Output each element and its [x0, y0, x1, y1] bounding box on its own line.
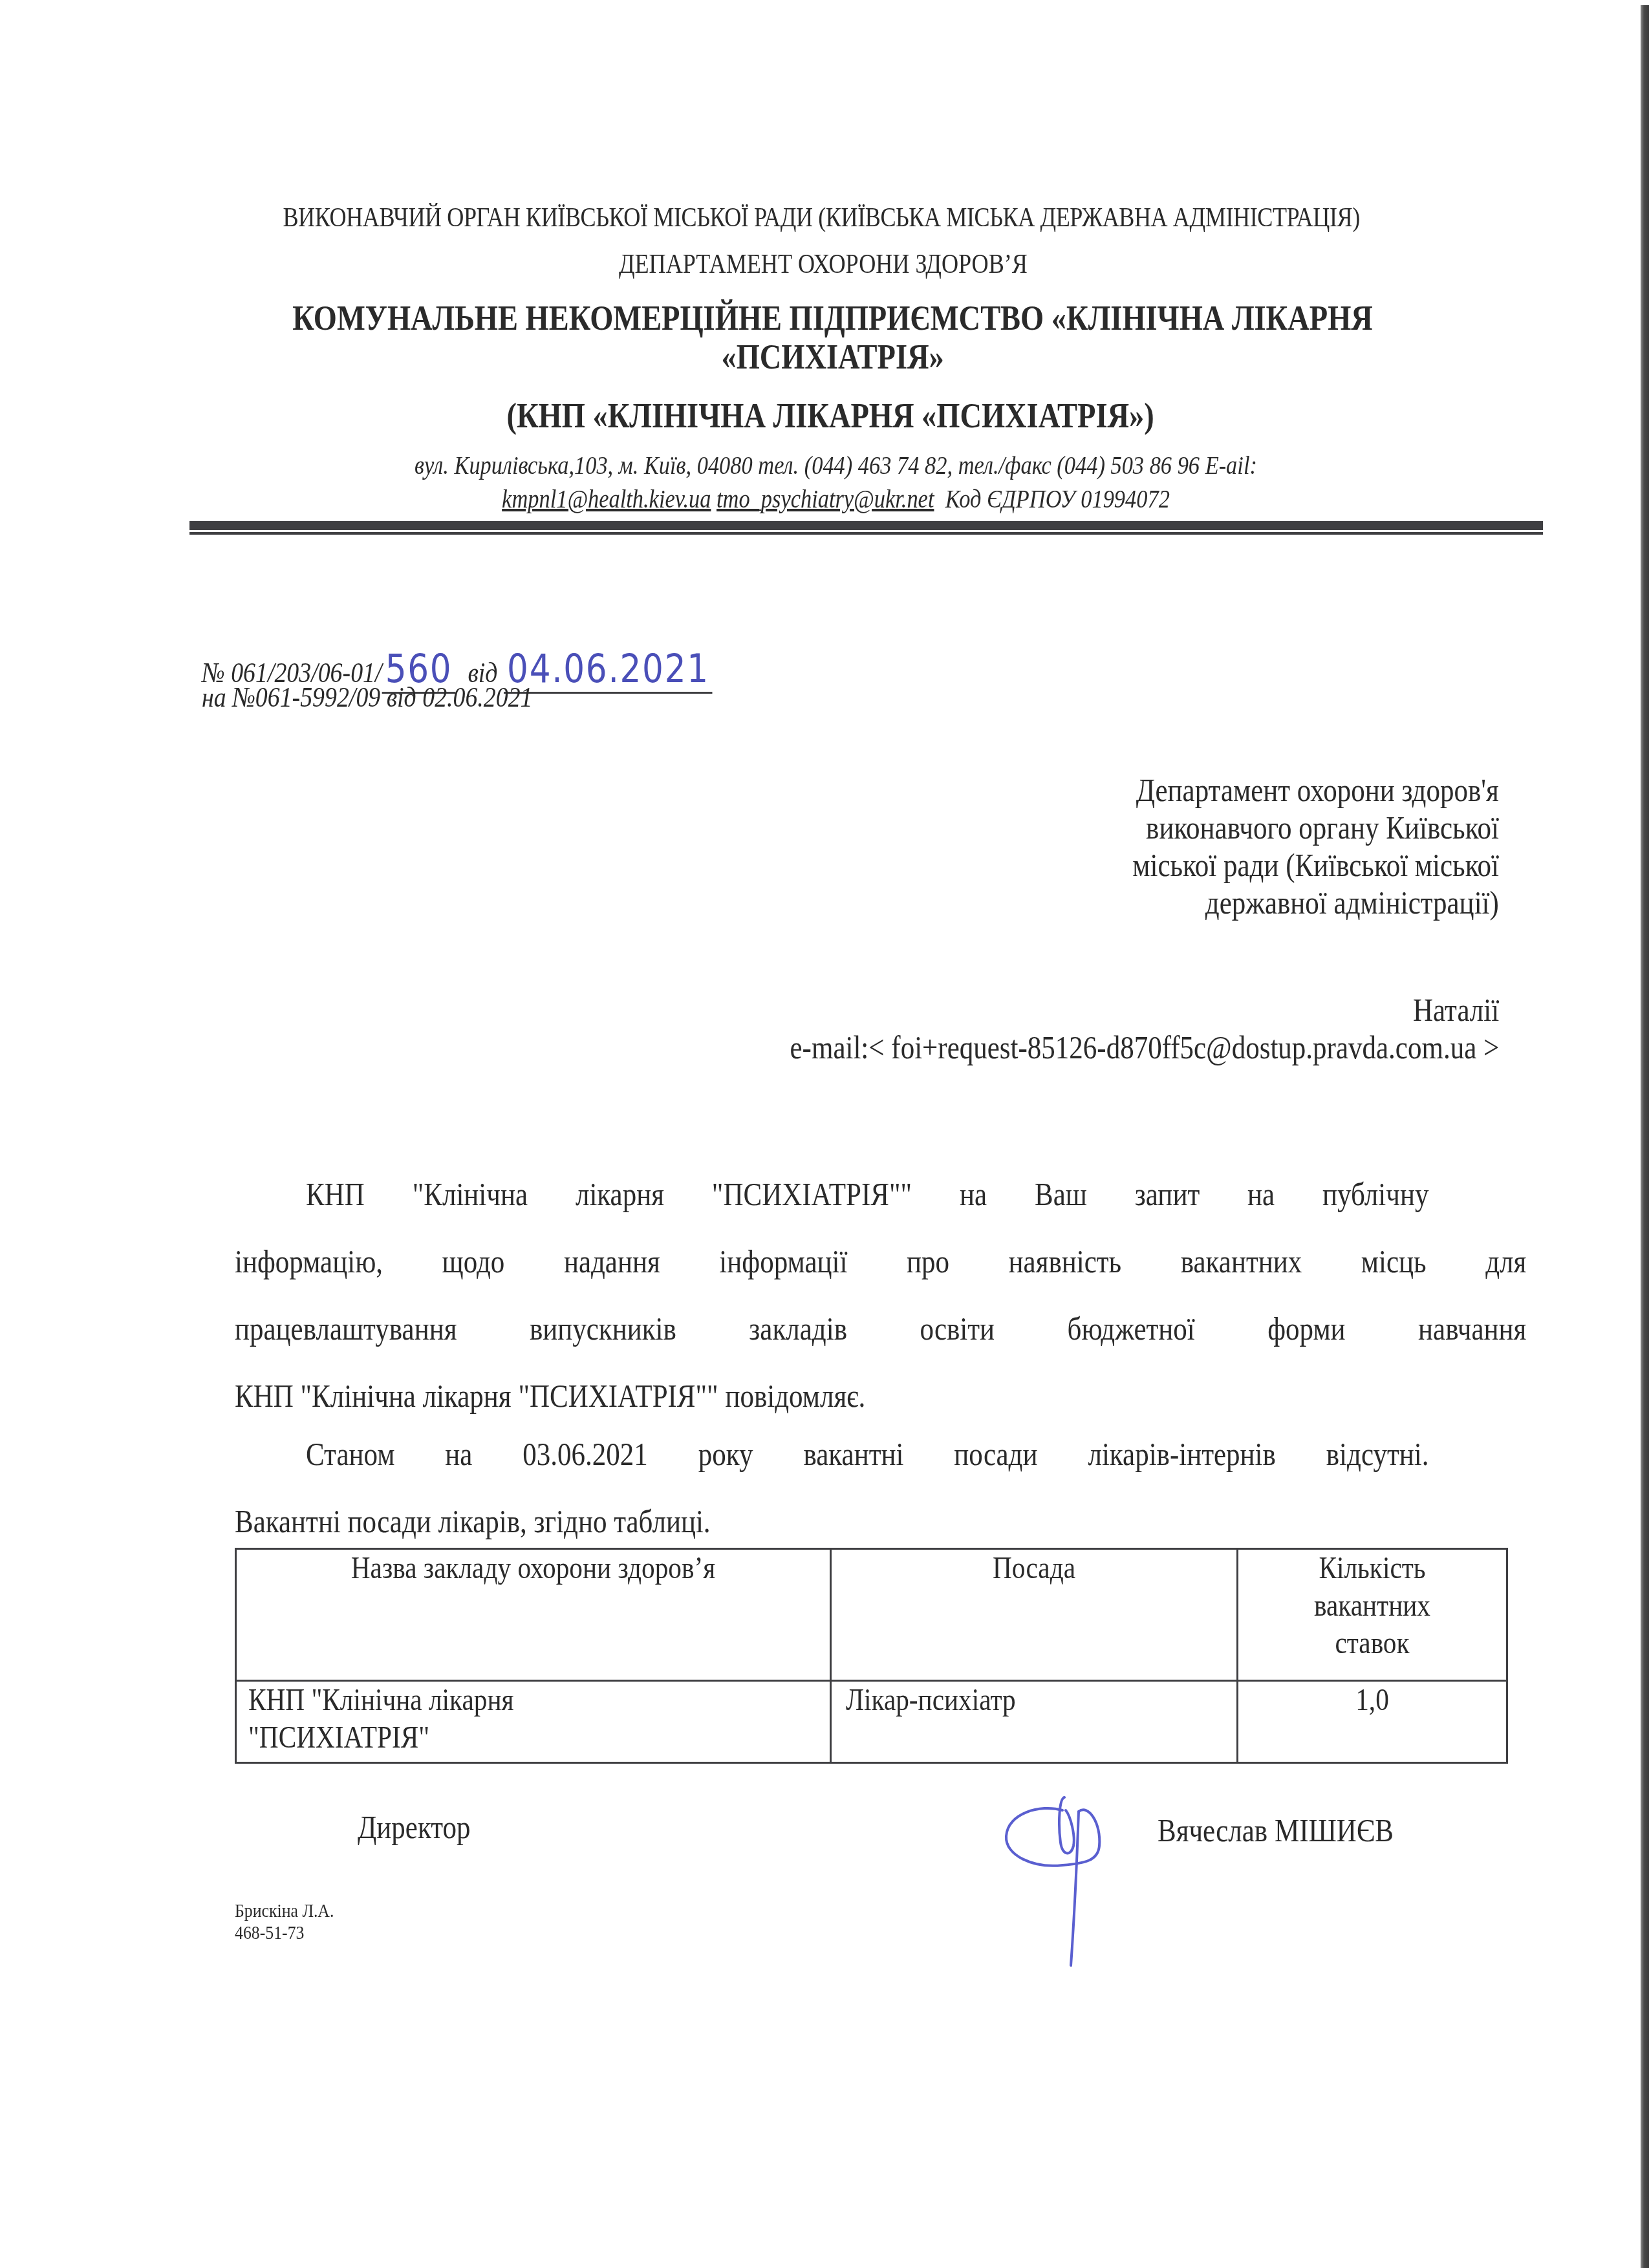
- table-header-row: Назва закладу охорони здоров’я Посада Кі…: [236, 1549, 1507, 1681]
- header-count: Кількість вакантних ставок: [1238, 1549, 1507, 1681]
- recipient-block: Наталії e-mail:< foi+request-85126-d870f…: [790, 991, 1499, 1066]
- organization-name-line2: «ПСИХІАТРІЯ»: [124, 337, 1542, 376]
- body-paragraph-1: КНП "Клінічна лікарня "ПСИХІАТРІЯ"" на В…: [235, 1161, 1526, 1429]
- organization-short-name: (КНП «КЛІНІЧНА ЛІКАРНЯ «ПСИХІАТРІЯ»): [122, 396, 1540, 436]
- contact-block: вул. Кирилівська,103, м. Київ, 04080 тел…: [127, 449, 1545, 516]
- body-paragraph-2: Станом на 03.06.2021 року вакантні посад…: [235, 1420, 1526, 1555]
- executor-phone: 468-51-73: [235, 1921, 304, 1945]
- body-line: КНП "Клінічна лікарня "ПСИХІАТРІЯ"" пові…: [235, 1362, 1526, 1429]
- department-heading: ДЕПАРТАМЕНТ ОХОРОНИ ЗДОРОВ’Я: [114, 249, 1532, 280]
- addressee-line: міської ради (Київської міської: [1132, 846, 1499, 884]
- recipient-name: Наталії: [790, 991, 1499, 1029]
- incoming-reference: на №061-5992/09 від 02.06.2021: [202, 681, 533, 714]
- scan-edge-shadow: [1641, 5, 1649, 2268]
- body-line: Вакантні посади лікарів, згідно таблиці.: [235, 1488, 1526, 1555]
- contact-emails-line: kmpnl1@health.kiev.ua tmo_psychiatry@ukr…: [127, 482, 1545, 516]
- recipient-email: e-mail:< foi+request-85126-d870ff5c@dost…: [790, 1029, 1499, 1066]
- email-link-health[interactable]: kmpnl1@health.kiev.ua: [502, 484, 711, 513]
- organization-name: КОМУНАЛЬНЕ НЕКОМЕРЦІЙНЕ ПІДПРИЄМСТВО «КЛ…: [124, 299, 1542, 376]
- signatory-role: Директор: [358, 1808, 470, 1846]
- cell-count: 1,0: [1238, 1681, 1507, 1763]
- body-line: КНП "Клінічна лікарня "ПСИХІАТРІЯ"" на В…: [235, 1161, 1526, 1228]
- edrpou-code: Код ЄДРПОУ 01994072: [945, 484, 1170, 513]
- cell-facility: КНП "Клінічна лікарня "ПСИХІАТРІЯ": [236, 1681, 831, 1763]
- addressee-line: Департамент охорони здоров'я: [1132, 771, 1499, 809]
- letterhead-rule-thin: [189, 532, 1543, 535]
- authority-heading: ВИКОНАВЧИЙ ОРГАН КИЇВСЬКОЇ МІСЬКОЇ РАДИ …: [113, 202, 1531, 233]
- handwritten-date: 04.06.2021: [504, 647, 713, 694]
- email-link-tmo[interactable]: tmo_psychiatry@ukr.net: [717, 484, 934, 513]
- addressee-block: Департамент охорони здоров'я виконавчого…: [1132, 771, 1499, 921]
- letterhead-rule-thick: [189, 521, 1543, 530]
- address-line: вул. Кирилівська,103, м. Київ, 04080 тел…: [127, 449, 1545, 482]
- signatory-name: Вячеслав МІШИЄВ: [1158, 1812, 1394, 1849]
- handwritten-signature-icon: [1001, 1784, 1117, 1972]
- addressee-line: державної адміністрації): [1132, 884, 1499, 921]
- body-line: працевлаштування випускників закладів ос…: [235, 1295, 1526, 1362]
- header-facility: Назва закладу охорони здоров’я: [236, 1549, 831, 1681]
- cell-position: Лікар-психіатр: [831, 1681, 1238, 1763]
- addressee-line: виконавчого органу Київської: [1132, 809, 1499, 846]
- body-line: Станом на 03.06.2021 року вакантні посад…: [235, 1420, 1526, 1488]
- vacancies-table: Назва закладу охорони здоров’я Посада Кі…: [235, 1548, 1508, 1764]
- body-line: інформацію, щодо надання інформації про …: [235, 1228, 1526, 1295]
- executor-name: Брискіна Л.А.: [235, 1899, 334, 1923]
- organization-name-line1: КОМУНАЛЬНЕ НЕКОМЕРЦІЙНЕ ПІДПРИЄМСТВО «КЛ…: [124, 299, 1542, 337]
- header-position: Посада: [831, 1549, 1238, 1681]
- table-row: КНП "Клінічна лікарня "ПСИХІАТРІЯ" Лікар…: [236, 1681, 1507, 1763]
